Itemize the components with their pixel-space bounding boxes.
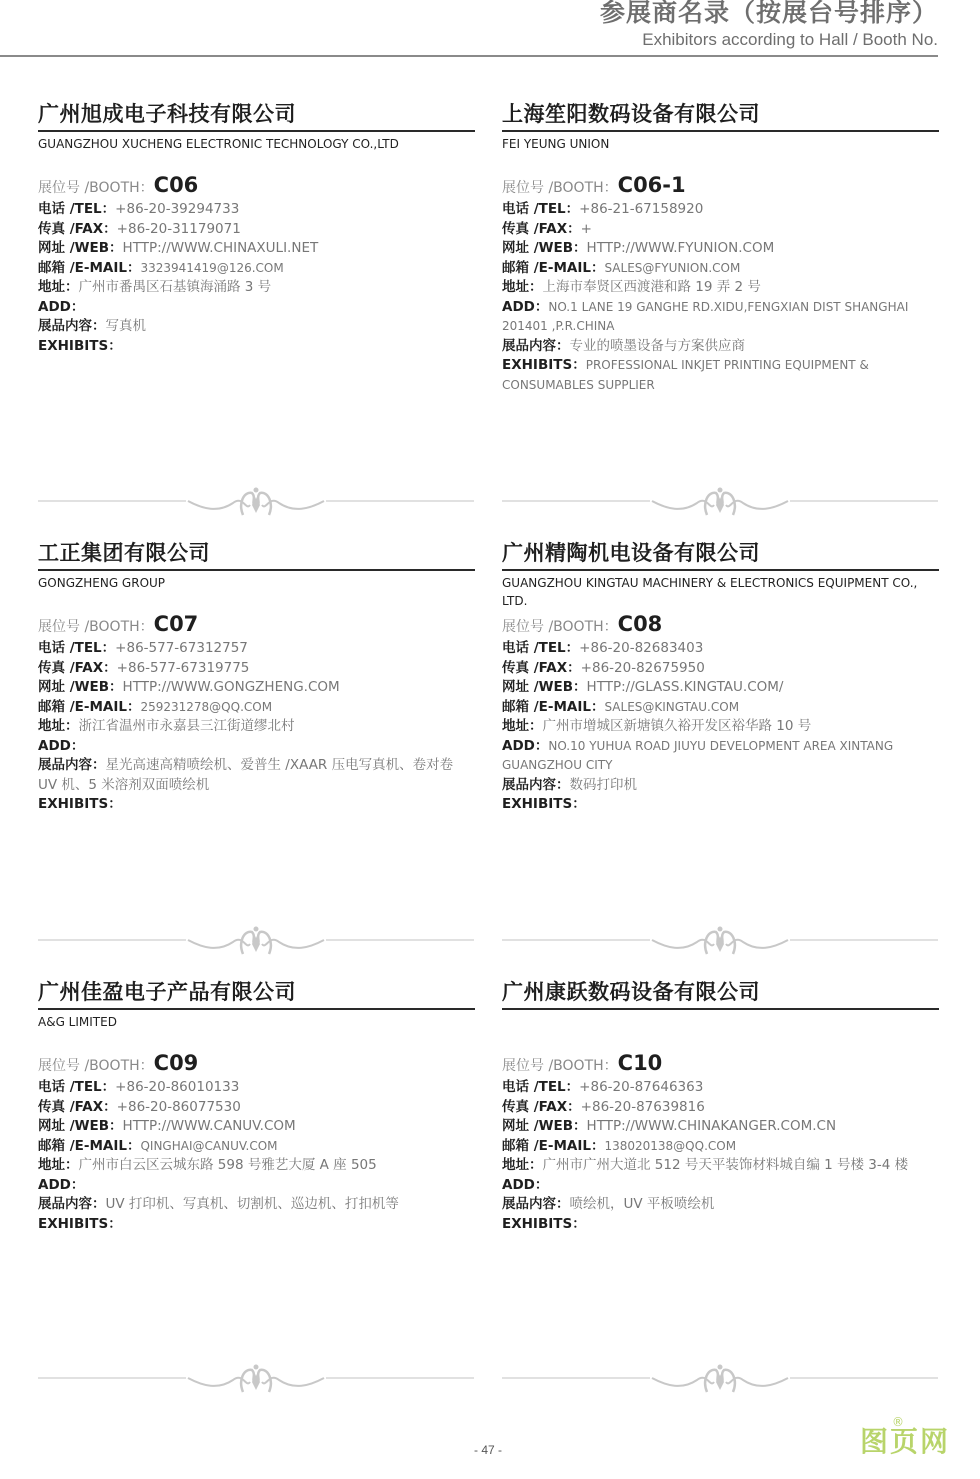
contact-fields: 展位号 /BOOTH：C09 电话 /TEL：+86-20-86010133 传… xyxy=(38,1051,475,1234)
web-row: 网址 /WEB：HTTP://GLASS.KINGTAU.COM/ xyxy=(502,678,939,698)
exhibits-cn-row: 展品内容：喷绘机，UV 平板喷绘机 xyxy=(502,1195,939,1215)
tel-label: 电话 /TEL： xyxy=(502,1079,579,1095)
company-name-en xyxy=(502,1013,939,1031)
company-name-en: A&G LIMITED xyxy=(38,1013,475,1031)
booth-number: C06 xyxy=(154,173,199,197)
fax-label: 传真 /FAX： xyxy=(502,221,581,237)
address-en-row: ADD：NO.10 YUHUA ROAD JIUYU DEVELOPMENT A… xyxy=(502,737,939,776)
address-en-row: ADD： xyxy=(38,298,475,318)
exhibits-en-label: EXHIBITS： xyxy=(502,796,586,812)
company-name-underline xyxy=(502,130,939,132)
exhibits-en-row: EXHIBITS： xyxy=(502,795,939,815)
email-link[interactable]: 259231278@QQ.COM xyxy=(140,700,272,714)
address-en-value: NO.10 YUHUA ROAD JIUYU DEVELOPMENT AREA … xyxy=(502,739,893,773)
exhibitor-entry: 广州旭成电子科技有限公司 GUANGZHOU XUCHENG ELECTRONI… xyxy=(38,100,475,356)
address-cn-row: 地址：广州市增城区新塘镇久裕开发区裕华路 10 号 xyxy=(502,717,939,737)
email-row: 邮箱 /E-MAIL：QINGHAI@CANUV.COM xyxy=(38,1137,475,1157)
address-cn-label: 地址： xyxy=(502,718,543,734)
booth-number: C07 xyxy=(154,612,199,636)
web-label: 网址 /WEB： xyxy=(38,240,123,256)
fax-label: 传真 /FAX： xyxy=(502,1099,581,1115)
exhibits-en-label: EXHIBITS： xyxy=(38,338,122,354)
web-link[interactable]: HTTP://WWW.GONGZHENG.COM xyxy=(123,679,340,695)
web-row: 网址 /WEB：HTTP://WWW.CHINAKANGER.COM.CN xyxy=(502,1117,939,1137)
exhibits-cn-label: 展品内容： xyxy=(38,757,106,773)
exhibits-en-label: EXHIBITS： xyxy=(38,1216,122,1232)
tel-label: 电话 /TEL： xyxy=(38,201,115,217)
booth-label: 展位号 /BOOTH： xyxy=(502,1058,618,1074)
web-row: 网址 /WEB：HTTP://WWW.FYUNION.COM xyxy=(502,239,939,259)
exhibits-cn-value: 写真机 xyxy=(106,318,147,334)
tel-label: 电话 /TEL： xyxy=(38,1079,115,1095)
company-name-cn: 广州旭成电子科技有限公司 xyxy=(38,100,475,128)
fax-value: +86-20-31179071 xyxy=(117,221,241,237)
address-en-label: ADD： xyxy=(38,738,84,754)
email-label: 邮箱 /E-MAIL： xyxy=(38,260,140,276)
exhibits-cn-value: 数码打印机 xyxy=(570,777,638,793)
fax-label: 传真 /FAX： xyxy=(38,660,117,676)
company-name-underline xyxy=(502,1008,939,1010)
company-name-cn: 广州精陶机电设备有限公司 xyxy=(502,539,939,567)
booth-number: C09 xyxy=(154,1051,199,1075)
company-name-cn: 广州康跃数码设备有限公司 xyxy=(502,978,939,1006)
email-link[interactable]: SALES@FYUNION.COM xyxy=(604,261,740,275)
fax-value: + xyxy=(581,221,592,237)
booth-row: 展位号 /BOOTH：C08 xyxy=(502,612,939,639)
address-cn-value: 浙江省温州市永嘉县三江街道缪北村 xyxy=(79,718,295,734)
email-link[interactable]: QINGHAI@CANUV.COM xyxy=(140,1139,277,1153)
flourish-icon xyxy=(38,1360,474,1400)
ornamental-divider xyxy=(38,483,474,523)
address-en-label: ADD： xyxy=(502,738,548,754)
tel-row: 电话 /TEL：+86-20-87646363 xyxy=(502,1078,939,1098)
address-cn-row: 地址：广州市番禺区石基镇海涌路 3 号 xyxy=(38,278,475,298)
company-name-en: FEI YEUNG UNION xyxy=(502,135,939,153)
exhibits-en-label: EXHIBITS： xyxy=(502,357,586,373)
address-en-label: ADD： xyxy=(502,1177,548,1193)
fax-label: 传真 /FAX： xyxy=(502,660,581,676)
address-cn-value: 广州市番禺区石基镇海涌路 3 号 xyxy=(79,279,272,295)
address-cn-row: 地址：广州市白云区云城东路 598 号雅艺大厦 A 座 505 xyxy=(38,1156,475,1176)
email-link[interactable]: 138020138@QQ.COM xyxy=(604,1139,736,1153)
company-name-cn: 广州佳盈电子产品有限公司 xyxy=(38,978,475,1006)
exhibits-en-row: EXHIBITS：PROFESSIONAL INKJET PRINTING EQ… xyxy=(502,356,939,395)
web-label: 网址 /WEB： xyxy=(38,1118,123,1134)
address-en-label: ADD： xyxy=(38,1177,84,1193)
company-name-en: GONGZHENG GROUP xyxy=(38,574,475,592)
exhibits-en-row: EXHIBITS： xyxy=(38,795,475,815)
email-row: 邮箱 /E-MAIL：259231278@QQ.COM xyxy=(38,698,475,718)
web-label: 网址 /WEB： xyxy=(502,240,587,256)
booth-label: 展位号 /BOOTH： xyxy=(502,180,618,196)
exhibits-cn-label: 展品内容： xyxy=(38,318,106,334)
web-row: 网址 /WEB：HTTP://WWW.CANUV.COM xyxy=(38,1117,475,1137)
address-cn-label: 地址： xyxy=(502,1157,543,1173)
address-en-row: ADD： xyxy=(502,1176,939,1196)
exhibits-cn-value: 专业的喷墨设备与方案供应商 xyxy=(570,338,746,354)
booth-label: 展位号 /BOOTH： xyxy=(38,1058,154,1074)
exhibits-cn-label: 展品内容： xyxy=(502,338,570,354)
booth-number: C08 xyxy=(618,612,663,636)
web-link[interactable]: HTTP://WWW.CANUV.COM xyxy=(123,1118,296,1134)
web-label: 网址 /WEB： xyxy=(502,679,587,695)
booth-row: 展位号 /BOOTH：C06 xyxy=(38,173,475,200)
page-title-cn: 参展商名录（按展台号排序） xyxy=(600,0,938,28)
address-cn-label: 地址： xyxy=(38,1157,79,1173)
exhibits-cn-row: 展品内容：星光高速高精喷绘机、爱普生 /XAAR 压电写真机、卷对卷 UV 机、… xyxy=(38,756,475,795)
exhibits-cn-label: 展品内容： xyxy=(38,1196,106,1212)
tel-row: 电话 /TEL：+86-21-67158920 xyxy=(502,200,939,220)
ornamental-divider xyxy=(502,1360,938,1400)
flourish-icon xyxy=(502,483,938,523)
web-row: 网址 /WEB：HTTP://WWW.CHINAXULI.NET xyxy=(38,239,475,259)
company-name-en: GUANGZHOU XUCHENG ELECTRONIC TECHNOLOGY … xyxy=(38,135,475,153)
tel-value: +86-21-67158920 xyxy=(579,201,703,217)
fax-row: 传真 /FAX：+ xyxy=(502,220,939,240)
company-name-en: GUANGZHOU KINGTAU MACHINERY & ELECTRONIC… xyxy=(502,574,939,610)
exhibits-cn-value: 喷绘机，UV 平板喷绘机 xyxy=(570,1196,715,1212)
booth-row: 展位号 /BOOTH：C06-1 xyxy=(502,173,939,200)
fax-row: 传真 /FAX：+86-20-87639816 xyxy=(502,1098,939,1118)
web-label: 网址 /WEB： xyxy=(502,1118,587,1134)
page-number: - 47 - xyxy=(474,1443,502,1457)
address-en-row: ADD： xyxy=(38,1176,475,1196)
address-cn-value: 广州市广州大道北 512 号天平装饰材料城自编 1 号楼 3-4 楼 xyxy=(543,1157,909,1173)
address-cn-row: 地址：浙江省温州市永嘉县三江街道缪北村 xyxy=(38,717,475,737)
exhibits-cn-row: 展品内容：数码打印机 xyxy=(502,776,939,796)
email-row: 邮箱 /E-MAIL：3323941419@126.COM xyxy=(38,259,475,279)
address-cn-row: 地址：上海市奉贤区西渡港和路 19 弄 2 号 xyxy=(502,278,939,298)
exhibits-cn-row: 展品内容：UV 打印机、写真机、切割机、巡边机、打扣机等 xyxy=(38,1195,475,1215)
company-name-underline xyxy=(38,569,475,571)
company-name-cn: 上海笙阳数码设备有限公司 xyxy=(502,100,939,128)
address-en-row: ADD：NO.1 LANE 19 GANGHE RD.XIDU,FENGXIAN… xyxy=(502,298,939,337)
exhibits-cn-label: 展品内容： xyxy=(502,1196,570,1212)
fax-row: 传真 /FAX：+86-577-67319775 xyxy=(38,659,475,679)
exhibits-cn-row: 展品内容：专业的喷墨设备与方案供应商 xyxy=(502,337,939,357)
exhibits-en-row: EXHIBITS： xyxy=(502,1215,939,1235)
ornamental-divider xyxy=(502,483,938,523)
exhibitor-entry: 上海笙阳数码设备有限公司 FEI YEUNG UNION 展位号 /BOOTH：… xyxy=(502,100,939,395)
flourish-icon xyxy=(502,1360,938,1400)
watermark-text: 图页网 xyxy=(860,1425,950,1458)
exhibits-cn-label: 展品内容： xyxy=(502,777,570,793)
address-cn-label: 地址： xyxy=(38,718,79,734)
company-name-cn: 工正集团有限公司 xyxy=(38,539,475,567)
tel-row: 电话 /TEL：+86-20-86010133 xyxy=(38,1078,475,1098)
web-label: 网址 /WEB： xyxy=(38,679,123,695)
email-label: 邮箱 /E-MAIL： xyxy=(502,1138,604,1154)
address-cn-row: 地址：广州市广州大道北 512 号天平装饰材料城自编 1 号楼 3-4 楼 xyxy=(502,1156,939,1176)
page-title-en: Exhibitors according to Hall / Booth No. xyxy=(600,30,938,50)
exhibits-en-label: EXHIBITS： xyxy=(502,1216,586,1232)
booth-row: 展位号 /BOOTH：C10 xyxy=(502,1051,939,1078)
exhibitor-entry: 广州精陶机电设备有限公司 GUANGZHOU KINGTAU MACHINERY… xyxy=(502,539,939,815)
company-name-underline xyxy=(38,1008,475,1010)
fax-row: 传真 /FAX：+86-20-86077530 xyxy=(38,1098,475,1118)
booth-label: 展位号 /BOOTH： xyxy=(38,180,154,196)
exhibitor-entry: 广州佳盈电子产品有限公司 A&G LIMITED 展位号 /BOOTH：C09 … xyxy=(38,978,475,1234)
tel-row: 电话 /TEL：+86-20-82683403 xyxy=(502,639,939,659)
contact-fields: 展位号 /BOOTH：C07 电话 /TEL：+86-577-67312757 … xyxy=(38,612,475,815)
booth-label: 展位号 /BOOTH： xyxy=(502,619,618,635)
fax-value: +86-20-82675950 xyxy=(581,660,705,676)
web-link[interactable]: HTTP://WWW.FYUNION.COM xyxy=(587,240,775,256)
booth-number: C10 xyxy=(618,1051,663,1075)
web-link[interactable]: HTTP://GLASS.KINGTAU.COM/ xyxy=(587,679,784,695)
address-en-value: NO.1 LANE 19 GANGHE RD.XIDU,FENGXIAN DIS… xyxy=(502,300,908,334)
tel-value: +86-20-87646363 xyxy=(579,1079,703,1095)
booth-row: 展位号 /BOOTH：C07 xyxy=(38,612,475,639)
email-link[interactable]: SALES@KINGTAU.COM xyxy=(604,700,739,714)
tel-row: 电话 /TEL：+86-577-67312757 xyxy=(38,639,475,659)
address-cn-value: 广州市白云区云城东路 598 号雅艺大厦 A 座 505 xyxy=(79,1157,377,1173)
booth-label: 展位号 /BOOTH： xyxy=(38,619,154,635)
address-cn-value: 上海市奉贤区西渡港和路 19 弄 2 号 xyxy=(543,279,761,295)
header-divider xyxy=(0,55,938,57)
email-label: 邮箱 /E-MAIL： xyxy=(38,1138,140,1154)
watermark-logo: 图页网 ® xyxy=(860,1420,950,1460)
address-en-row: ADD： xyxy=(38,737,475,757)
fax-value: +86-20-86077530 xyxy=(117,1099,241,1115)
fax-label: 传真 /FAX： xyxy=(38,221,117,237)
tel-label: 电话 /TEL： xyxy=(502,201,579,217)
exhibits-en-row: EXHIBITS： xyxy=(38,337,475,357)
exhibits-en-label: EXHIBITS： xyxy=(38,796,122,812)
email-link[interactable]: 3323941419@126.COM xyxy=(140,261,283,275)
page-header: 参展商名录（按展台号排序） Exhibitors according to Ha… xyxy=(600,0,938,50)
ornamental-divider xyxy=(502,922,938,962)
exhibitor-entry: 工正集团有限公司 GONGZHENG GROUP 展位号 /BOOTH：C07 … xyxy=(38,539,475,815)
address-cn-label: 地址： xyxy=(38,279,79,295)
exhibitor-entry: 广州康跃数码设备有限公司 展位号 /BOOTH：C10 电话 /TEL：+86-… xyxy=(502,978,939,1234)
contact-fields: 展位号 /BOOTH：C08 电话 /TEL：+86-20-82683403 传… xyxy=(502,612,939,815)
email-label: 邮箱 /E-MAIL： xyxy=(502,699,604,715)
email-row: 邮箱 /E-MAIL：SALES@FYUNION.COM xyxy=(502,259,939,279)
fax-value: +86-20-87639816 xyxy=(581,1099,705,1115)
company-name-underline xyxy=(502,569,939,571)
email-row: 邮箱 /E-MAIL：138020138@QQ.COM xyxy=(502,1137,939,1157)
web-link[interactable]: HTTP://WWW.CHINAKANGER.COM.CN xyxy=(587,1118,837,1134)
address-cn-label: 地址： xyxy=(502,279,543,295)
web-link[interactable]: HTTP://WWW.CHINAXULI.NET xyxy=(123,240,319,256)
exhibits-cn-value: UV 打印机、写真机、切割机、巡边机、打扣机等 xyxy=(106,1196,399,1212)
ornamental-divider xyxy=(38,1360,474,1400)
address-en-label: ADD： xyxy=(38,299,84,315)
tel-value: +86-577-67312757 xyxy=(115,640,248,656)
contact-fields: 展位号 /BOOTH：C06 电话 /TEL：+86-20-39294733 传… xyxy=(38,173,475,356)
tel-row: 电话 /TEL：+86-20-39294733 xyxy=(38,200,475,220)
web-row: 网址 /WEB：HTTP://WWW.GONGZHENG.COM xyxy=(38,678,475,698)
contact-fields: 展位号 /BOOTH：C10 电话 /TEL：+86-20-87646363 传… xyxy=(502,1051,939,1234)
tel-label: 电话 /TEL： xyxy=(502,640,579,656)
registered-mark-icon: ® xyxy=(892,1415,906,1429)
fax-row: 传真 /FAX：+86-20-31179071 xyxy=(38,220,475,240)
flourish-icon xyxy=(502,922,938,962)
address-cn-value: 广州市增城区新塘镇久裕开发区裕华路 10 号 xyxy=(543,718,812,734)
email-row: 邮箱 /E-MAIL：SALES@KINGTAU.COM xyxy=(502,698,939,718)
address-en-label: ADD： xyxy=(502,299,548,315)
tel-value: +86-20-82683403 xyxy=(579,640,703,656)
ornamental-divider xyxy=(38,922,474,962)
booth-row: 展位号 /BOOTH：C09 xyxy=(38,1051,475,1078)
fax-row: 传真 /FAX：+86-20-82675950 xyxy=(502,659,939,679)
company-name-underline xyxy=(38,130,475,132)
contact-fields: 展位号 /BOOTH：C06-1 电话 /TEL：+86-21-67158920… xyxy=(502,173,939,395)
fax-label: 传真 /FAX： xyxy=(38,1099,117,1115)
tel-value: +86-20-39294733 xyxy=(115,201,239,217)
flourish-icon xyxy=(38,483,474,523)
fax-value: +86-577-67319775 xyxy=(117,660,250,676)
booth-number: C06-1 xyxy=(618,173,686,197)
exhibits-cn-row: 展品内容：写真机 xyxy=(38,317,475,337)
flourish-icon xyxy=(38,922,474,962)
tel-label: 电话 /TEL： xyxy=(38,640,115,656)
exhibits-en-row: EXHIBITS： xyxy=(38,1215,475,1235)
tel-value: +86-20-86010133 xyxy=(115,1079,239,1095)
email-label: 邮箱 /E-MAIL： xyxy=(38,699,140,715)
email-label: 邮箱 /E-MAIL： xyxy=(502,260,604,276)
